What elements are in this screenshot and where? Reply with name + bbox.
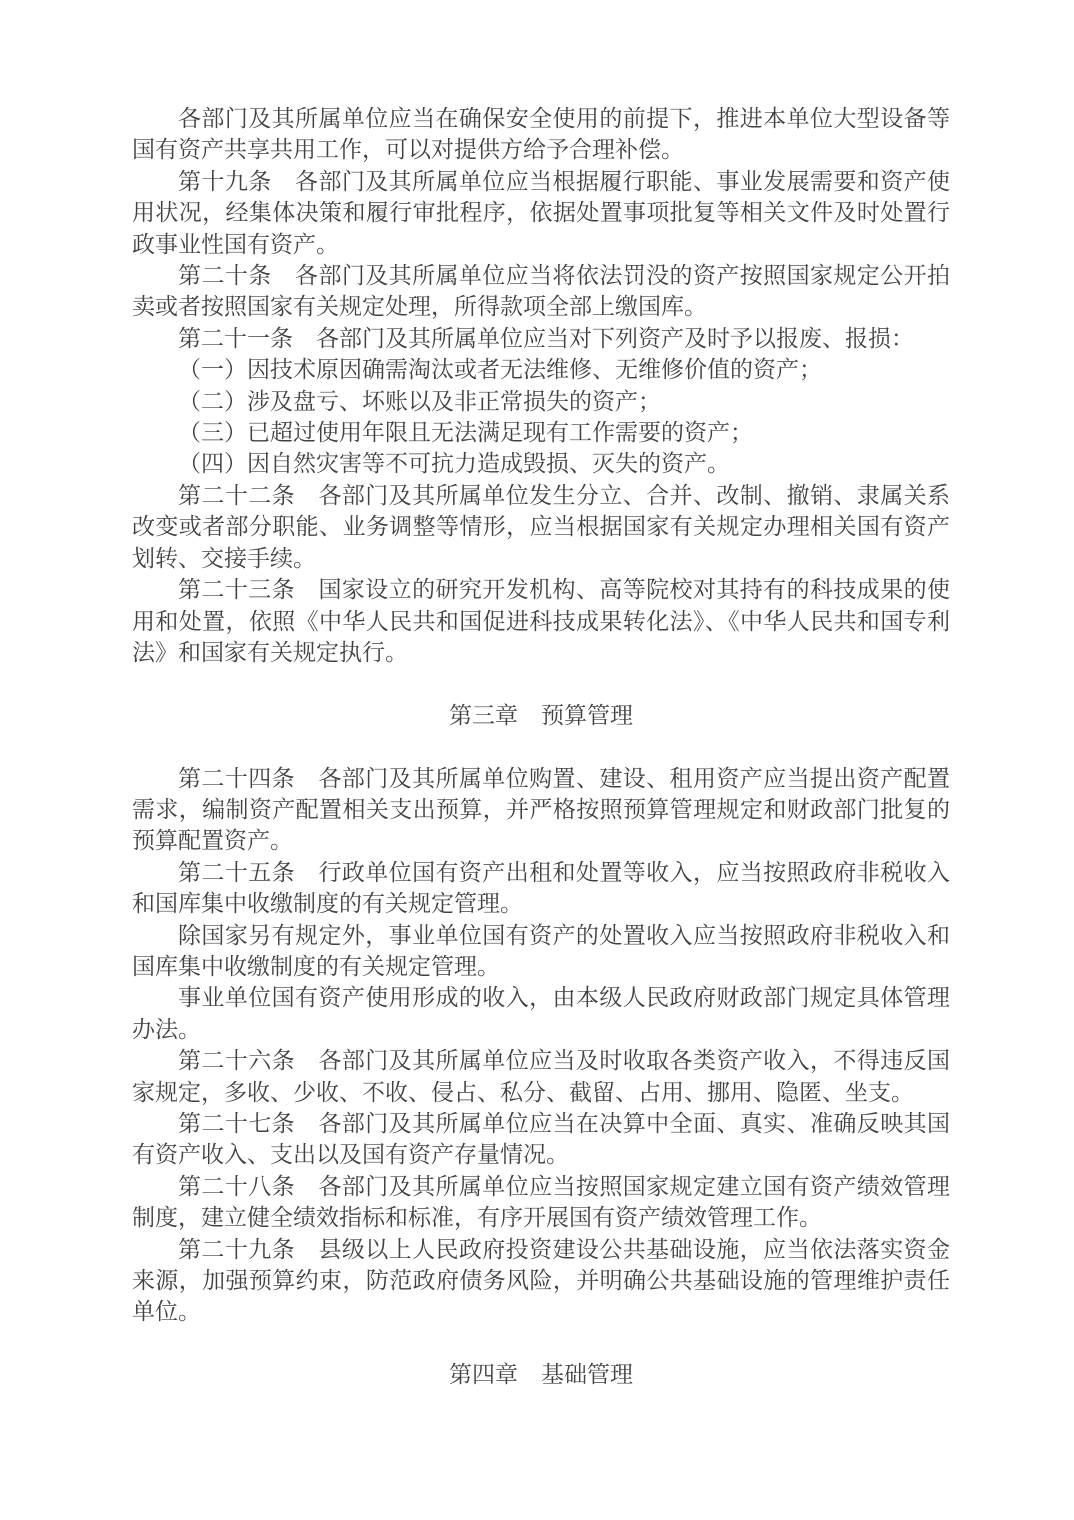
article-23-paragraph: 第二十三条 国家设立的研究开发机构、高等院校对其持有的科技成果的使用和处置，依照… xyxy=(132,574,950,668)
article-27-paragraph: 第二十七条 各部门及其所属单位应当在决算中全面、真实、准确反映其国有资产收入、支… xyxy=(132,1108,950,1171)
list-item-4: （四）因自然灾害等不可抗力造成毁损、灭失的资产。 xyxy=(132,448,950,479)
article-28-paragraph: 第二十八条 各部门及其所属单位应当按照国家规定建立国有资产绩效管理制度，建立健全… xyxy=(132,1171,950,1234)
chapter-3-heading: 第三章 预算管理 xyxy=(132,700,950,731)
article-29-paragraph: 第二十九条 县级以上人民政府投资建设公共基础设施，应当依法落实资金来源，加强预算… xyxy=(132,1234,950,1328)
article-24-paragraph: 第二十四条 各部门及其所属单位购置、建设、租用资产应当提出资产配置需求，编制资产… xyxy=(132,763,950,857)
article-22-paragraph: 第二十二条 各部门及其所属单位发生分立、合并、改制、撤销、隶属关系改变或者部分职… xyxy=(132,480,950,574)
list-item-3: （三）已超过使用年限且无法满足现有工作需要的资产； xyxy=(132,417,950,448)
paragraph: 各部门及其所属单位应当在确保安全使用的前提下，推进本单位大型设备等国有资产共享共… xyxy=(132,103,950,166)
article-20-paragraph: 第二十条 各部门及其所属单位应当将依法罚没的资产按照国家规定公开拍卖或者按照国家… xyxy=(132,260,950,323)
article-21-paragraph: 第二十一条 各部门及其所属单位应当对下列资产及时予以报废、报损： xyxy=(132,323,950,354)
chapter-4-heading: 第四章 基础管理 xyxy=(132,1359,950,1390)
article-19-paragraph: 第十九条 各部门及其所属单位应当根据履行职能、事业发展需要和资产使用状况，经集体… xyxy=(132,166,950,260)
list-item-1: （一）因技术原因确需淘汰或者无法维修、无维修价值的资产； xyxy=(132,354,950,385)
document-page: 各部门及其所属单位应当在确保安全使用的前提下，推进本单位大型设备等国有资产共享共… xyxy=(132,103,950,1422)
article-25-subparagraph-2: 事业单位国有资产使用形成的收入，由本级人民政府财政部门规定具体管理办法。 xyxy=(132,982,950,1045)
article-25-subparagraph: 除国家另有规定外，事业单位国有资产的处置收入应当按照政府非税收入和国库集中收缴制… xyxy=(132,920,950,983)
list-item-2: （二）涉及盘亏、坏账以及非正常损失的资产； xyxy=(132,386,950,417)
article-25-paragraph: 第二十五条 行政单位国有资产出租和处置等收入，应当按照政府非税收入和国库集中收缴… xyxy=(132,857,950,920)
article-26-paragraph: 第二十六条 各部门及其所属单位应当及时收取各类资产收入，不得违反国家规定，多收、… xyxy=(132,1045,950,1108)
